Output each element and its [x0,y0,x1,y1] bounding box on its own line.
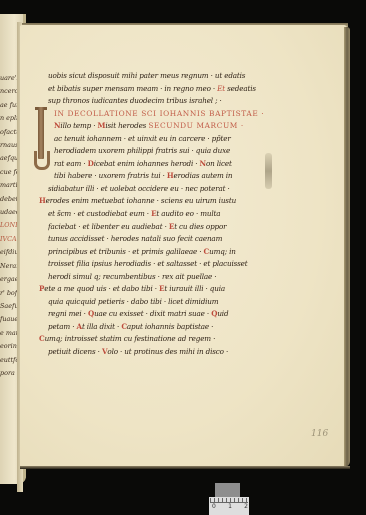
manuscript-line: tibi habere · uxorem fratris tui · Herod… [48,170,278,183]
ruler-label: 1 [228,503,232,510]
text-segment: t iurauit illi · quia [164,284,225,293]
text-segment: t cu dies oppor [174,222,226,231]
text-segment: regni mei · [48,309,88,318]
text-segment: t illa dixit · [82,322,121,331]
rubric-heading: SECUNDU MARCUM · [148,121,244,130]
page-edge-right [344,27,350,467]
text-segment: on licet [206,159,232,168]
text-segment: et bibatis super mensam meam · in regno … [48,84,217,93]
text-segment: et s̄cm · et custodiebat eum · [48,209,151,218]
manuscript-line: Pete a me quod uis · et dabo tibi · Et i… [39,283,278,296]
text-segment: herodi simul q; recumbentibus · rex ait … [48,272,216,281]
text-segment: t audito eo · multa [156,209,220,218]
scale-ruler: 012 [209,497,249,515]
rubric-heading: IN DECOLLATIONE SCI IOHANNIS BAPTISTAE · [54,109,264,118]
text-segment: petam · [48,322,77,331]
manuscript-line: Herodes enim metuebat iohanne · sciens e… [39,195,278,208]
text-segment: uae cu exisset · dixit matri suae · [94,309,211,318]
text-segment: ete a me quod uis · et dabo tibi · [44,284,159,293]
manuscript-line: herodi simul q; recumbentibus · rex ait … [48,271,278,284]
text-segment: isit herodes [105,121,148,130]
manuscript-line: ac tenuit iohannem · et uinxit eu in car… [48,133,278,146]
manuscript-line: principibus et tribunis · et primis gali… [48,246,278,259]
manuscript-line: uobis sicut disposuit mihi pater meus re… [48,70,278,83]
ruler-labels: 012 [212,503,248,510]
text-segment: erodias autem in [174,171,233,180]
text-segment: umq; introisset statim cu festinatione a… [45,334,216,343]
text-segment: uobis sicut disposuit mihi pater meus re… [48,71,245,80]
manuscript-line: regni mei · Quae cu exisset · dixit matr… [48,308,278,321]
manuscript-line: et bibatis super mensam meam · in regno … [48,83,278,96]
text-segment: petiuit dicens · [48,347,102,356]
text-segment: sedeatis [225,84,256,93]
manuscript-line: Nillo temp · Misit herodes SECUNDU MARCU… [48,120,278,133]
color-target-gray [215,483,240,498]
text-segment: olo · ut protinus des mihi in disco · [107,347,228,356]
manuscript-line: IN DECOLLATIONE SCI IOHANNIS BAPTISTAE · [48,108,278,121]
text-segment: faciebat · et libenter eu audiebat · [48,222,169,231]
manuscript-line: rat eam · Dicebat enim iohannes herodi ·… [48,158,278,171]
ruler-label: 0 [212,503,216,510]
text-segment: uid [217,309,228,318]
parchment-stain [265,153,272,189]
text-segment: herodiadem uxorem philippi fratris sui ·… [54,146,230,155]
manuscript-line: Cumq; introisset statim cu festinatione … [39,333,278,346]
text-segment: illo temp · [60,121,97,130]
manuscript-line: faciebat · et libenter eu audiebat · Et … [48,221,278,234]
folio-number: 116 [311,429,328,439]
rubricated-initial: H [39,196,46,205]
text-segment: sup thronos iudicantes duodecim tribus i… [48,96,222,105]
text-segment: tunus accidisset · herodes natali suo fe… [48,234,222,243]
text-segment: troisset filia ipsius herodiadis · et sa… [48,259,248,268]
text-segment: sidiabatur illi · et uolebat occidere eu… [48,184,230,193]
rubricated-initial: H [167,171,174,180]
text-segment: aput iohannis baptistae · [127,322,213,331]
manuscript-line: troisset filia ipsius herodiadis · et sa… [48,258,278,271]
manuscript-line: quia quicquid petieris · dabo tibi · lic… [48,296,278,309]
text-segment: umq; in [209,247,236,256]
manuscript-line: et s̄cm · et custodiebat eum · Et audito… [48,208,278,221]
text-segment: ac tenuit iohannem · et uinxit eu in car… [54,134,231,143]
text-segment: tibi habere · uxorem fratris tui · [54,171,167,180]
manuscript-line: sup thronos iudicantes duodecim tribus i… [48,95,278,108]
page-bottom-shadow [20,466,350,469]
manuscript-line: petiuit dicens · Volo · ut protinus des … [48,346,278,359]
text-segment: erodes enim metuebat iohanne · sciens eu… [46,196,236,205]
red-text: Et [217,84,225,93]
ruler-label: 2 [244,503,248,510]
decorated-initial-i [33,107,49,170]
text-segment: quia quicquid petieris · dabo tibi · lic… [48,297,218,306]
manuscript-line: petam · At illa dixit · Caput iohannis b… [48,321,278,334]
text-segment: rat eam · [54,159,88,168]
manuscript-line: herodiadem uxorem philippi fratris sui ·… [48,145,278,158]
text-segment: principibus et tribunis · et primis gali… [48,247,204,256]
text-segment: icebat enim iohannes herodi · [94,159,200,168]
manuscript-line: sidiabatur illi · et uolebat occidere eu… [48,183,278,196]
manuscript-text-block: uobis sicut disposuit mihi pater meus re… [48,70,278,359]
manuscript-line: tunus accidisset · herodes natali suo fe… [48,233,278,246]
